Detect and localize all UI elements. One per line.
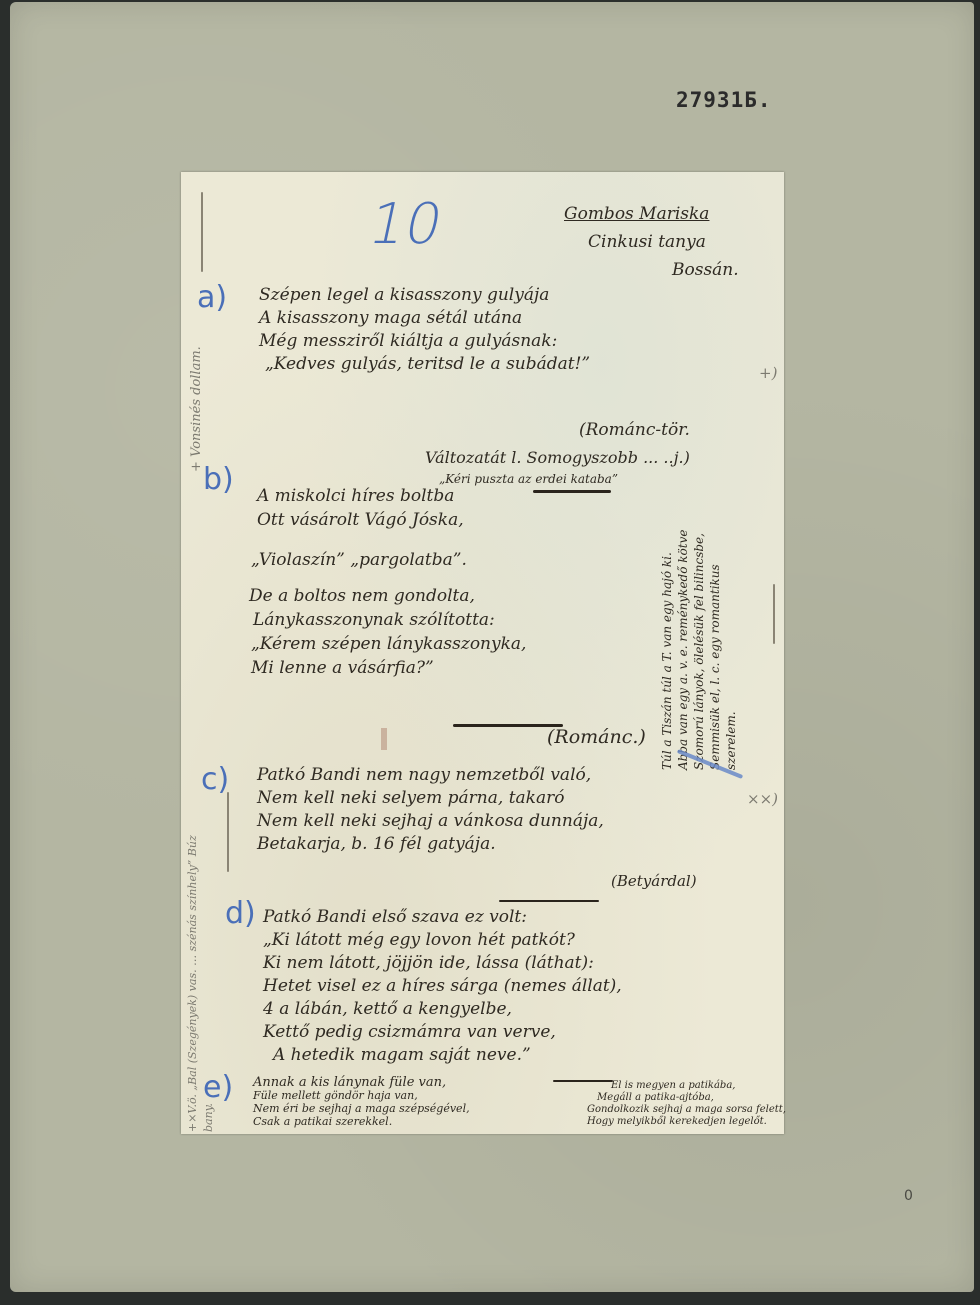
verse-line: „Kedves gulyás, teritsd le a subádat!” <box>265 353 590 376</box>
verse-line: 4 a lábán, kettő a kengyelbe, <box>263 998 622 1021</box>
verse-line: Mi lenne a vásárfia?” <box>251 656 526 680</box>
singer-name: Gombos Mariska <box>564 200 739 228</box>
verse-line: A kisasszony maga sétál utána <box>259 307 590 330</box>
right-pencil-line <box>773 584 775 644</box>
verse-line: Hetet visel ez a híres sárga (nemes álla… <box>263 975 622 998</box>
verse-line: Annak a kis lánynak füle van, <box>253 1076 470 1089</box>
verse-line: Nem kell neki selyem párna, takaró <box>257 787 604 810</box>
verse-line: Betakarja, b. 16 fél gatyája. <box>257 833 604 856</box>
verse-line: „Violaszín” „pargolatba”. <box>251 548 526 572</box>
place-line: Cinkusi tanya <box>588 228 739 256</box>
ink-rule <box>533 490 611 493</box>
verse-line: Patkó Bandi nem nagy nemzetből való, <box>257 764 604 787</box>
verse-b: A miskolci híres boltba Ott vásárolt Vág… <box>257 484 526 680</box>
verse-line: Patkó Bandi első szava ez volt: <box>263 906 622 929</box>
section-label-d: d) <box>225 896 256 931</box>
source-note-romanc: (Románc-tör. <box>579 420 690 440</box>
verse-line: Még messziről kiáltja a gulyásnak: <box>259 330 590 353</box>
collector-header: Gombos Mariska Cinkusi tanya Bossán. <box>564 200 739 284</box>
closing-note-romanc: (Románc.) <box>547 726 646 748</box>
verse-line: A miskolci híres boltba <box>257 484 526 508</box>
verse-line: Csak a patikai szerekkel. <box>253 1115 470 1128</box>
verse-line: Füle mellett göndör haja van, <box>253 1089 470 1102</box>
corner-pencil-mark: 0 <box>904 1188 913 1204</box>
vertical-side-note: Túl a Tiszán túl a T. van egy hajó ki. A… <box>659 510 739 770</box>
verse-line <box>257 572 526 584</box>
verse-line: Nem kell neki sejhaj a vánkosa dunnája, <box>257 810 604 833</box>
verse-line: Megáll a patika-ajtóba, <box>597 1092 786 1104</box>
ink-rule <box>499 900 599 902</box>
catalog-number-stamp: 27931Ƃ. <box>676 88 772 112</box>
side-note-line: Semmisük el, l. c. egy romantikus szerel… <box>707 510 739 770</box>
footnote-marker-a: +) <box>759 364 777 382</box>
verse-line: Nem éri be sejhaj a maga szépségével, <box>253 1102 470 1115</box>
side-note-line: Túl a Tiszán túl a T. van egy hajó ki. <box>659 510 675 770</box>
verse-d: Patkó Bandi első szava ez volt: „Ki láto… <box>263 906 622 1067</box>
verse-line: El is megyen a patikába, <box>611 1080 786 1092</box>
verse-e-left: Annak a kis lánynak füle van, Füle melle… <box>253 1076 470 1128</box>
side-note-line: Szomorú lányok, ölelésük fel bilincsbe, <box>691 510 707 770</box>
verse-line: „Kérem szépen lánykasszonyka, <box>251 632 526 656</box>
verse-line: Ott vásárolt Vágó Jóska, <box>257 508 526 532</box>
side-note-line: Abba van egy a. v. e. reménykedő kötve <box>675 510 691 770</box>
verse-e-right: El is megyen a patikába, Megáll a patika… <box>587 1080 786 1128</box>
left-margin-note-top: + Vonsinés dollam. <box>189 346 205 472</box>
left-margin-pencil-line-bottom <box>227 792 229 872</box>
verse-line: „Ki látott még egy lovon hét patkót? <box>263 929 622 952</box>
verse-line: De a boltos nem gondolta, <box>249 584 526 608</box>
page-number: 10 <box>363 192 448 257</box>
footnote-marker-c: ××) <box>747 790 778 808</box>
manuscript-sheet: + Vonsinés dollam. +×V.ö. „Bal (Szegénye… <box>181 172 784 1134</box>
section-label-b: b) <box>203 462 234 497</box>
verse-line: Hogy melyikből kerekedjen legelőt. <box>587 1116 786 1128</box>
small-stamp <box>381 728 387 750</box>
verse-line: Kettő pedig csizmámra van verve, <box>263 1021 622 1044</box>
verse-line: Gondolkozik sejhaj a maga sorsa felett, <box>587 1104 786 1116</box>
verse-a: Szépen legel a kisasszony gulyája A kisa… <box>259 284 590 376</box>
verse-line: Szépen legel a kisasszony gulyája <box>259 284 590 307</box>
verse-line: Lánykasszonynak szólította: <box>253 608 526 632</box>
verse-line: Ki nem látott, jöjjön ide, lássa (láthat… <box>263 952 622 975</box>
source-note-variant: Változatát l. Somogyszobb ... ..j.) <box>425 448 690 467</box>
closing-note-betyardal: (Betyárdal) <box>611 872 697 890</box>
left-margin-pencil-line-top <box>201 192 203 272</box>
verse-line: A hetedik magam saját neve.” <box>273 1044 622 1067</box>
signature: Bossán. <box>672 256 739 284</box>
section-label-e: e) <box>203 1070 233 1105</box>
section-label-a: a) <box>197 280 227 315</box>
section-label-c: c) <box>201 762 229 797</box>
verse-c: Patkó Bandi nem nagy nemzetből való, Nem… <box>257 764 604 856</box>
